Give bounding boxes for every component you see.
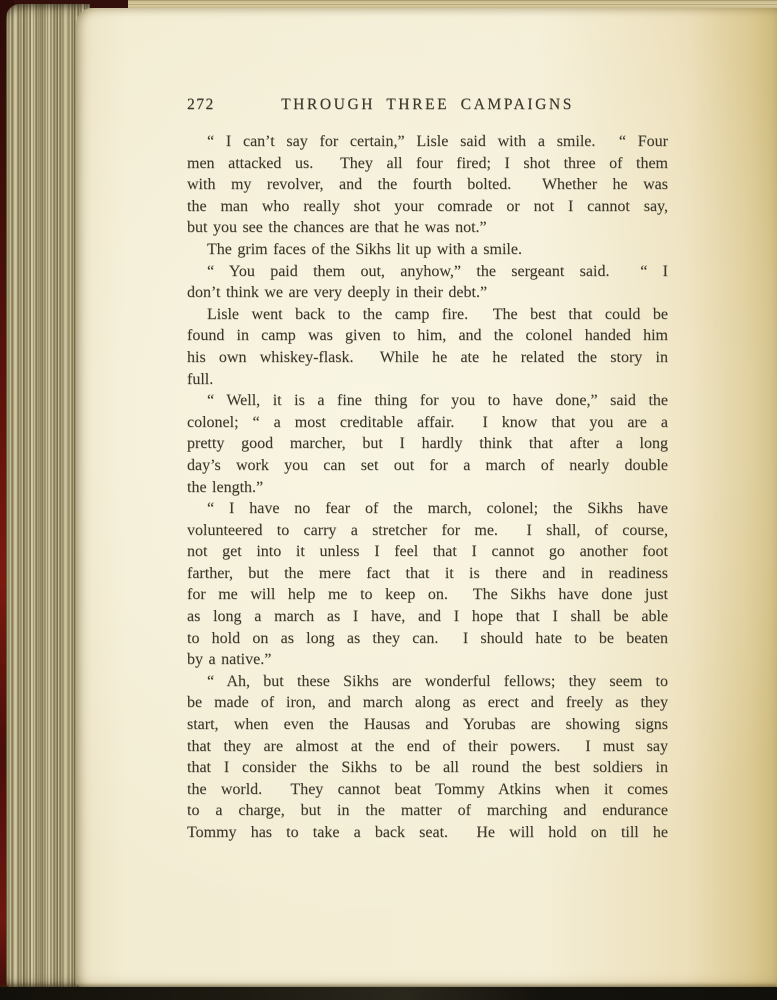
text-line: by a native.” — [187, 649, 668, 671]
page-number: 272 — [187, 96, 215, 114]
text-line: the world. They cannot beat Tommy Atkins… — [187, 779, 668, 801]
paragraph: Lisle went back to the camp fire. The be… — [187, 304, 668, 390]
text-line: pretty good marcher, but I hardly think … — [187, 433, 668, 455]
text-line: start, when even the Hausas and Yorubas … — [187, 714, 668, 736]
text-line: with my revolver, and the fourth bolted.… — [187, 174, 668, 196]
text-line: Lisle went back to the camp fire. The be… — [187, 304, 668, 326]
text-line: “ Well, it is a fine thing for you to ha… — [187, 390, 668, 412]
running-title: THROUGH THREE CAMPAIGNS — [281, 96, 574, 113]
text-line: volunteered to carry a stretcher for me.… — [187, 520, 668, 542]
paragraph: “ Ah, but these Sikhs are wonderful fell… — [187, 671, 668, 844]
text-column: 272 THROUGH THREE CAMPAIGNS “ I can’t sa… — [187, 96, 668, 844]
text-line: the man who really shot your comrade or … — [187, 196, 668, 218]
text-line: “ I can’t say for certain,” Lisle said w… — [187, 131, 668, 153]
paragraph: “ I can’t say for certain,” Lisle said w… — [187, 131, 668, 239]
paragraph: The grim faces of the Sikhs lit up with … — [187, 239, 668, 261]
text-line: that I consider the Sikhs to be all roun… — [187, 757, 668, 779]
paragraph: “ You paid them out, anyhow,” the sergea… — [187, 261, 668, 304]
text-line: the length.” — [187, 477, 668, 499]
photo-bottom-edge — [0, 987, 777, 1000]
text-line: to a charge, but in the matter of marchi… — [187, 800, 668, 822]
page-text: “ I can’t say for certain,” Lisle said w… — [187, 131, 668, 844]
text-line: “ I have no fear of the march, colonel; … — [187, 498, 668, 520]
paragraph: “ I have no fear of the march, colonel; … — [187, 498, 668, 671]
book-page: 272 THROUGH THREE CAMPAIGNS “ I can’t sa… — [76, 8, 777, 988]
text-line: “ Ah, but these Sikhs are wonderful fell… — [187, 671, 668, 693]
text-line: his own whiskey-flask. While he ate he r… — [187, 347, 668, 369]
text-line: Tommy has to take a back seat. He will h… — [187, 822, 668, 844]
text-line: men attacked us. They all four fired; I … — [187, 153, 668, 175]
text-line: not get into it unless I feel that I can… — [187, 541, 668, 563]
text-line: for me will help me to keep on. The Sikh… — [187, 584, 668, 606]
text-line: but you see the chances are that he was … — [187, 217, 668, 239]
paragraph: “ Well, it is a fine thing for you to ha… — [187, 390, 668, 498]
page-header: 272 THROUGH THREE CAMPAIGNS — [187, 96, 668, 118]
text-line: found in camp was given to him, and the … — [187, 325, 668, 347]
text-line: day’s work you can set out for a march o… — [187, 455, 668, 477]
text-line: that they are almost at the end of their… — [187, 736, 668, 758]
text-line: “ You paid them out, anyhow,” the sergea… — [187, 261, 668, 283]
text-line: The grim faces of the Sikhs lit up with … — [187, 239, 668, 261]
text-line: colonel; “ a most creditable affair. I k… — [187, 412, 668, 434]
text-line: full. — [187, 369, 668, 391]
text-line: to hold on as long as they can. I should… — [187, 628, 668, 650]
text-line: as long a march as I have, and I hope th… — [187, 606, 668, 628]
text-line: farther, but the mere fact that it is th… — [187, 563, 668, 585]
text-line: don’t think we are very deeply in their … — [187, 282, 668, 304]
text-line: be made of iron, and march along as erec… — [187, 692, 668, 714]
